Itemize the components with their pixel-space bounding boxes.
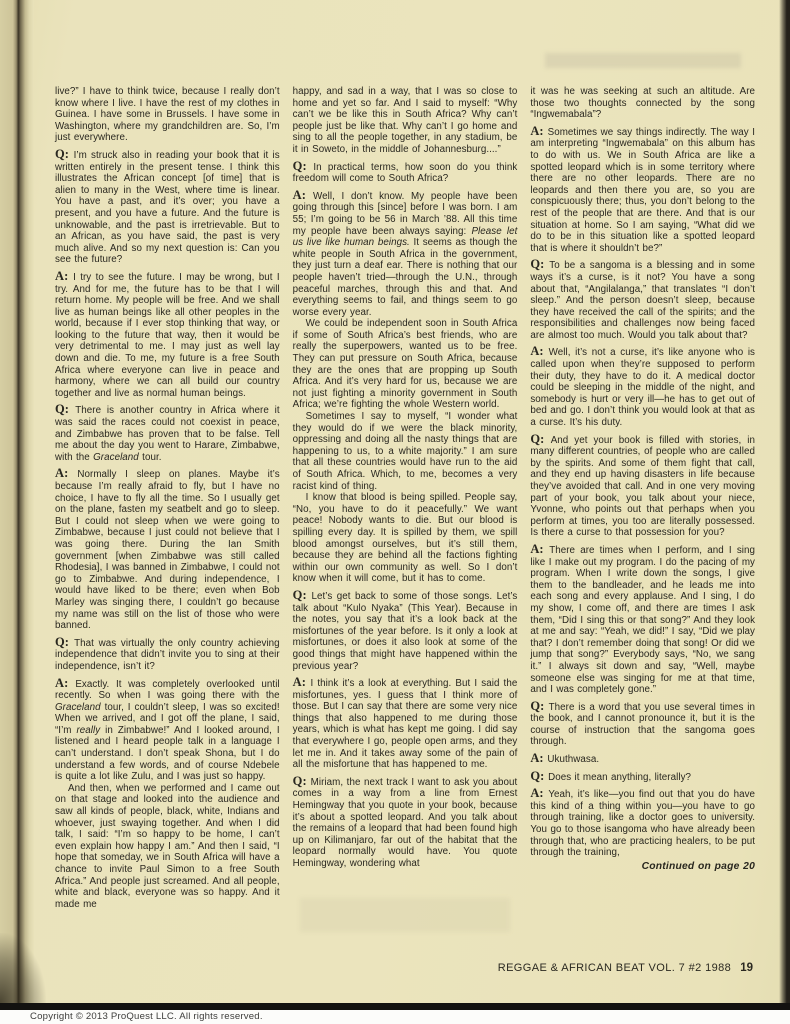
answer-paragraph: A: I think it’s a look at everything. Bu… — [293, 677, 518, 771]
scanned-magazine-page: { "publication": { "footer_title": "REGG… — [0, 0, 790, 1024]
question-paragraph: Q: Miriam, the next track I want to ask … — [293, 776, 518, 870]
answer-paragraph: A: Well, it’s not a curse, it’s like any… — [530, 346, 755, 428]
body-paragraph: And then, when we performed and I came o… — [55, 783, 280, 911]
body-paragraph: live?” I have to think twice, because I … — [55, 86, 280, 144]
body-paragraph: it was he was seeking at such an altitud… — [530, 86, 755, 121]
speaker-label: Q: — [530, 257, 549, 271]
speaker-label: A: — [55, 676, 75, 690]
question-paragraph: Q: Let’s get back to some of those songs… — [293, 590, 518, 672]
answer-paragraph: A: Yeah, it’s like—you find out that you… — [530, 788, 755, 859]
page-number: 19 — [740, 962, 753, 974]
page-curl-shadow — [0, 933, 46, 1003]
answer-paragraph: A: Exactly. It was completely overlooked… — [55, 678, 280, 783]
question-paragraph: Q: And yet your book is filled with stor… — [530, 434, 755, 539]
body-paragraph: We could be independent soon in South Af… — [293, 318, 518, 411]
speaker-label: Q: — [293, 159, 314, 173]
page-footer: REGGAE & AFRICAN BEAT VOL. 7 #2 198819 — [498, 962, 753, 974]
scanned-page-background: live?” I have to think twice, because I … — [0, 0, 790, 1003]
question-paragraph: Q: Does it mean anything, literally? — [530, 771, 755, 784]
book-spine-shadow — [0, 0, 34, 1003]
speaker-label: Q: — [55, 147, 74, 161]
speaker-label: Q: — [530, 432, 550, 446]
speaker-label: A: — [530, 344, 548, 358]
continued-note: Continued on page 20 — [530, 861, 755, 873]
answer-paragraph: A: Normally I sleep on planes. Maybe it’… — [55, 468, 280, 631]
question-paragraph: Q: To be a sangoma is a blessing and in … — [530, 259, 755, 341]
text-column: it was he was seeking at such an altitud… — [530, 86, 755, 910]
answer-paragraph: A: Sometimes we say things indirectly. T… — [530, 126, 755, 255]
article-body: live?” I have to think twice, because I … — [55, 86, 755, 910]
scan-right-edge — [779, 0, 790, 1003]
text-column: happy, and sad in a way, that I was so c… — [293, 86, 518, 910]
answer-paragraph: A: There are times when I perform, and I… — [530, 544, 755, 696]
speaker-label: Q: — [55, 635, 74, 649]
speaker-label: Q: — [293, 774, 311, 788]
speaker-label: A: — [293, 188, 313, 202]
speaker-label: A: — [530, 786, 548, 800]
question-paragraph: Q: That was virtually the only country a… — [55, 637, 280, 673]
body-paragraph: happy, and sad in a way, that I was so c… — [293, 86, 518, 156]
question-paragraph: Q: In practical terms, how soon do you t… — [293, 161, 518, 185]
speaker-label: A: — [530, 542, 549, 556]
speaker-label: Q: — [530, 699, 548, 713]
speaker-label: A: — [55, 269, 73, 283]
speaker-label: A: — [55, 466, 77, 480]
proquest-copyright: Copyright © 2013 ProQuest LLC. All right… — [30, 1011, 263, 1022]
body-paragraph: Sometimes I say to myself, “I wonder wha… — [293, 411, 518, 492]
speaker-label: A: — [530, 124, 547, 138]
magazine-title-footer: REGGAE & AFRICAN BEAT VOL. 7 #2 1988 — [498, 962, 731, 974]
text-column: live?” I have to think twice, because I … — [55, 86, 280, 910]
scan-bottom-border — [0, 1003, 790, 1010]
speaker-label: Q: — [55, 402, 75, 416]
question-paragraph: Q: There is another country in Africa wh… — [55, 404, 280, 463]
body-paragraph: I know that blood is being spilled. Peop… — [293, 492, 518, 585]
print-bleedthrough-artifact — [545, 53, 741, 68]
speaker-label: Q: — [530, 769, 548, 783]
speaker-label: A: — [530, 751, 547, 765]
question-paragraph: Q: There is a word that you use several … — [530, 701, 755, 748]
speaker-label: Q: — [293, 588, 312, 602]
answer-paragraph: A: Ukuthwasa. — [530, 753, 755, 766]
answer-paragraph: A: I try to see the future. I may be wro… — [55, 271, 280, 400]
answer-paragraph: A: Well, I don’t know. My people have be… — [293, 190, 518, 319]
speaker-label: A: — [293, 675, 311, 689]
question-paragraph: Q: I’m struck also in reading your book … — [55, 149, 280, 266]
